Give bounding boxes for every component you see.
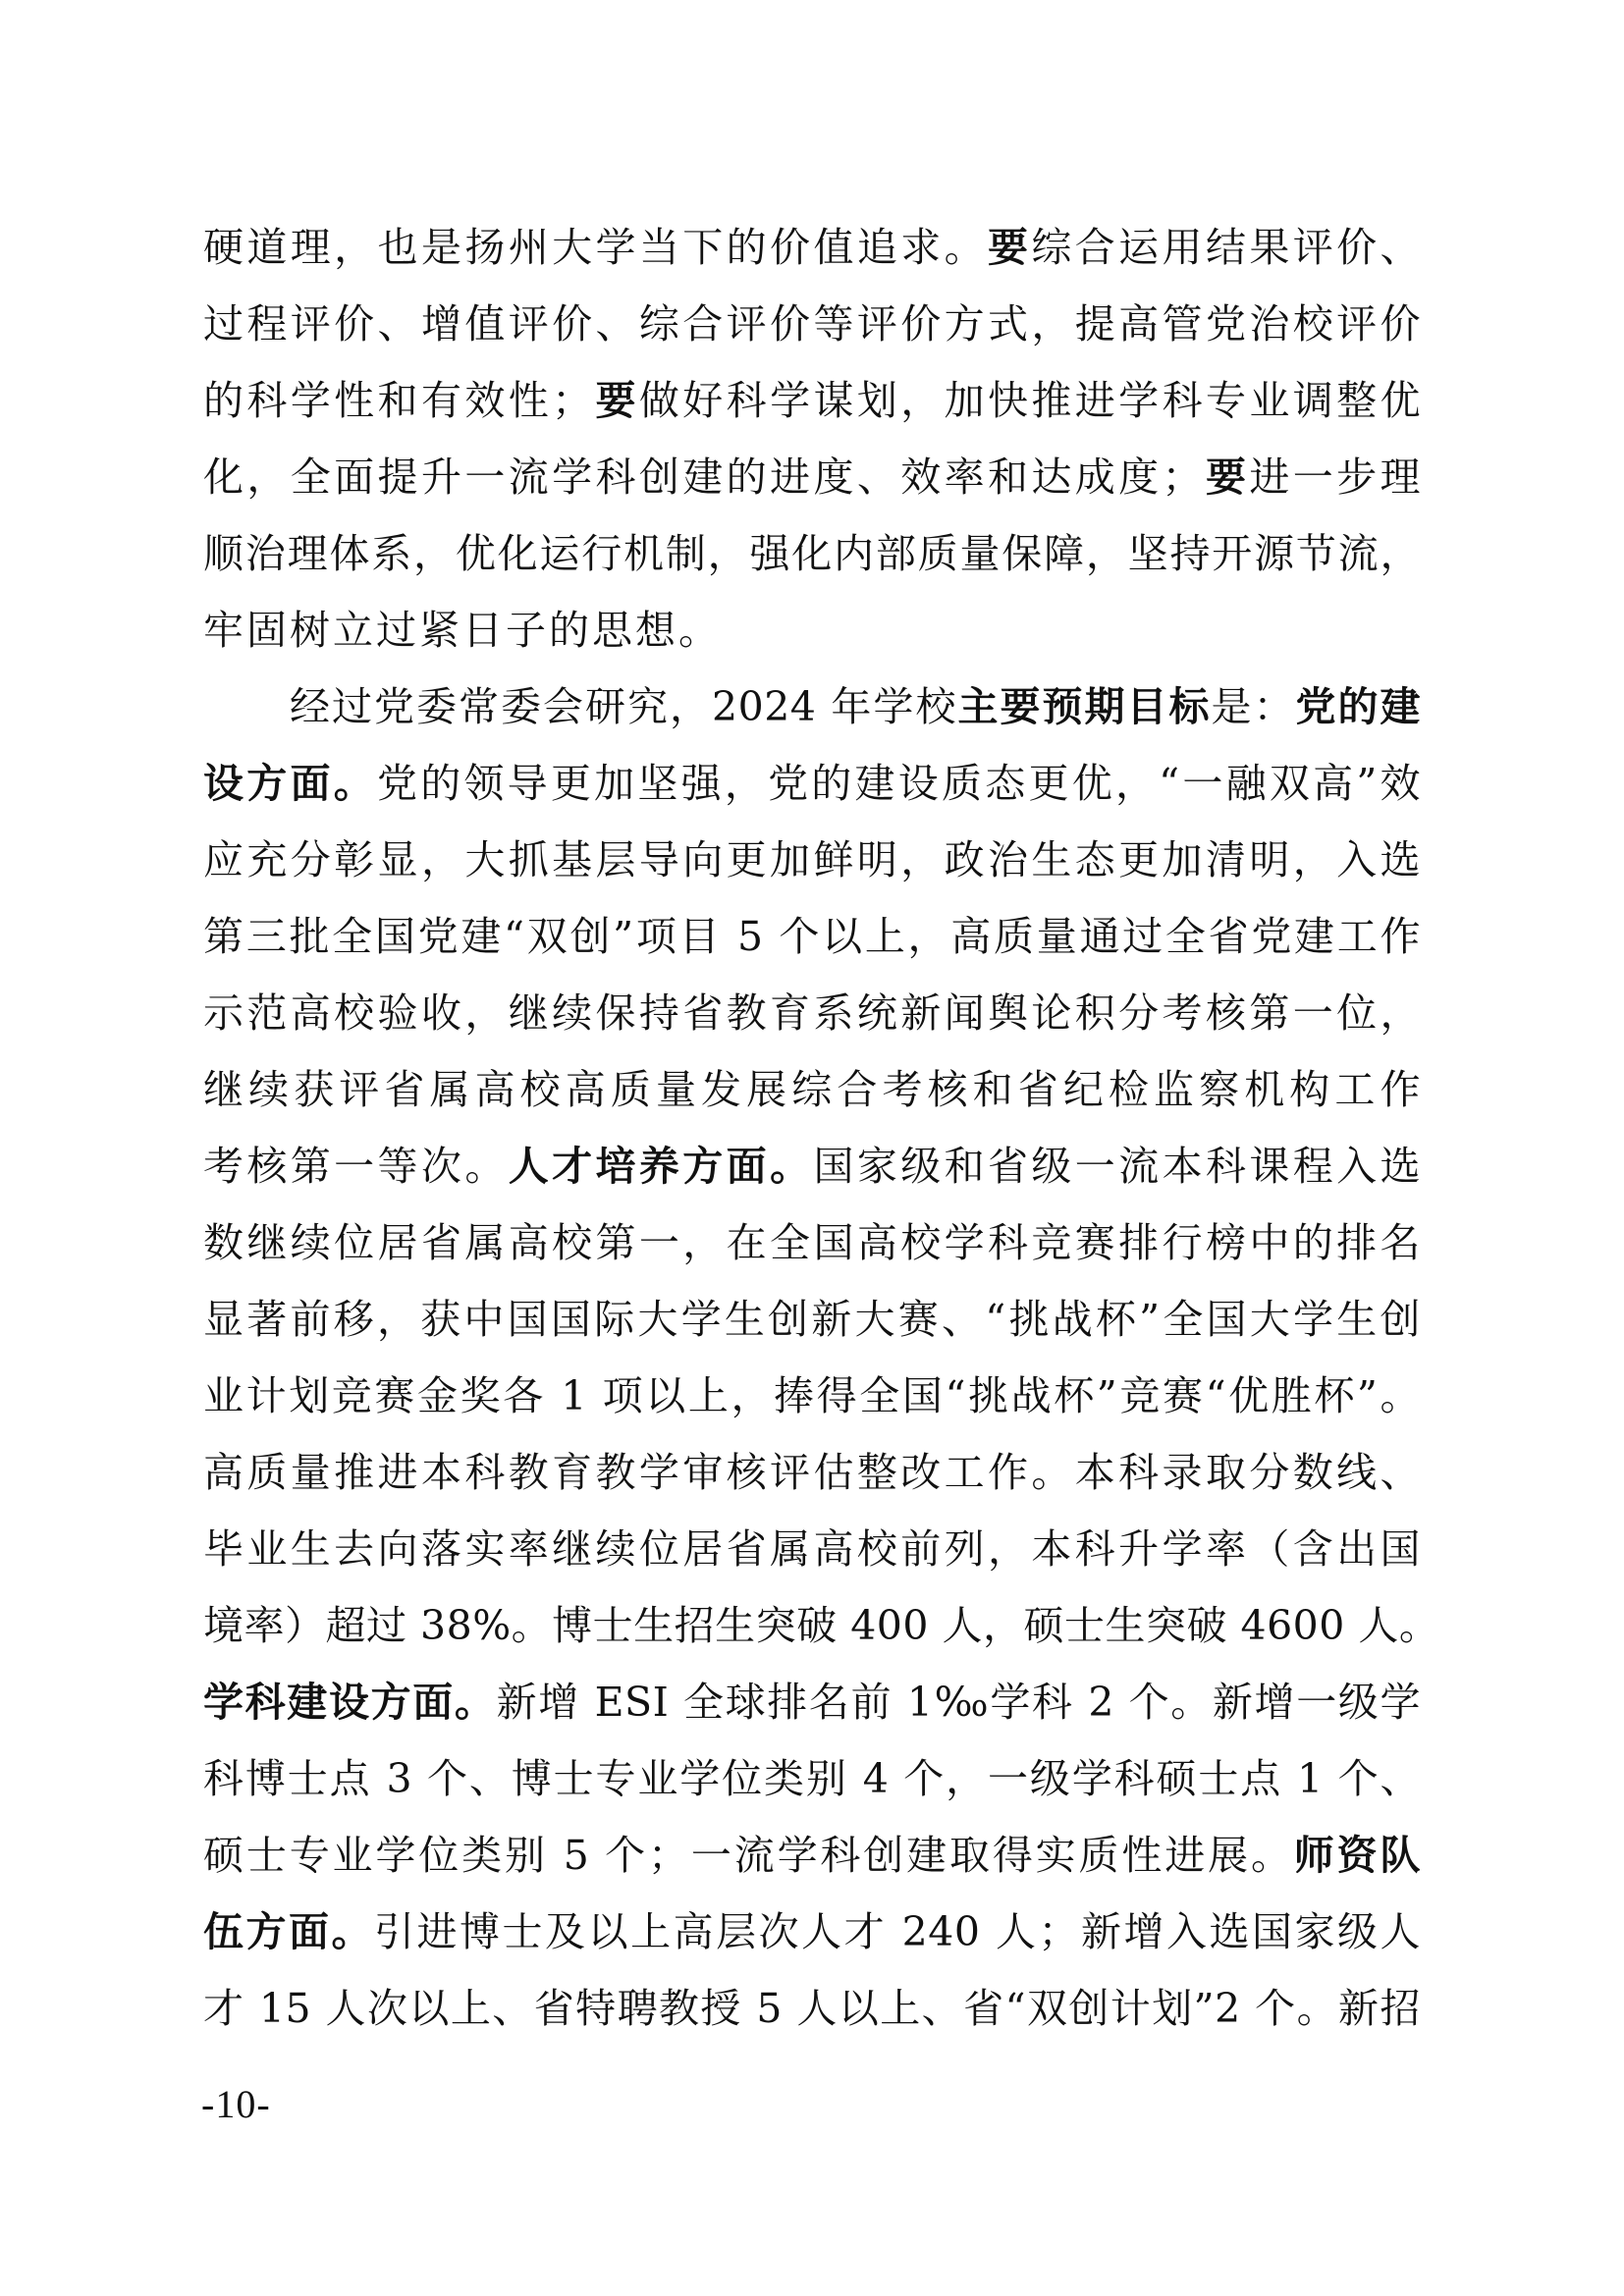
text-line: 顺治理体系，优化运行机制，强化内部质量保障，坚持开源节流， xyxy=(203,524,1421,601)
body-text-segment: 新增 ESI 全球排名前 1‰学科 2 个。新增一级学 xyxy=(497,1679,1421,1726)
body-text-segment: 引进博士及以上高层次人才 240 人；新增入选国家级人 xyxy=(374,1908,1421,1955)
body-text-segment: 业计划竞赛金奖各 1 项以上，捧得全国“挑战杯”竞赛“优胜杯”。 xyxy=(203,1372,1421,1419)
text-line: 毕业生去向落实率继续位居省属高校前列，本科升学率（含出国 xyxy=(203,1520,1421,1596)
bold-heading-text: 要 xyxy=(988,224,1031,271)
bold-heading-text: 要 xyxy=(593,377,639,424)
body-text-segment: 的科学性和有效性； xyxy=(203,377,593,424)
body-text-segment: 牢固树立过紧日子的思想。 xyxy=(203,607,722,654)
text-line: 考核第一等次。人才培养方面。国家级和省级一流本科课程入选 xyxy=(203,1137,1421,1213)
body-text-segment: 国家级和省级一流本科课程入选 xyxy=(813,1143,1421,1190)
text-line: 经过党委常委会研究，2024 年学校主要预期目标是：党的建 xyxy=(203,677,1421,754)
body-text-segment: 显著前移，获中国国际大学生创新大赛、“挑战杯”全国大学生创 xyxy=(203,1296,1421,1343)
text-line: 高质量推进本科教育教学审核评估整改工作。本科录取分数线、 xyxy=(203,1443,1421,1520)
body-text-segment: 经过党委常委会研究，2024 年学校 xyxy=(290,683,957,730)
body-text-segment: 科博士点 3 个、博士专业学位类别 4 个，一级学科硕士点 1 个、 xyxy=(203,1755,1421,1802)
body-text-segment: 是： xyxy=(1211,683,1295,730)
text-line: 继续获评省属高校高质量发展综合考核和省纪检监察机构工作 xyxy=(203,1060,1421,1137)
body-text-segment: 顺治理体系，优化运行机制，强化内部质量保障，坚持开源节流， xyxy=(203,530,1421,577)
body-text-segment: 考核第一等次。 xyxy=(203,1143,509,1190)
text-line: 过程评价、增值评价、综合评价等评价方式，提高管党治校评价 xyxy=(203,294,1421,371)
body-text-segment: 综合运用结果评价、 xyxy=(1031,224,1421,271)
text-line: 显著前移，获中国国际大学生创新大赛、“挑战杯”全国大学生创 xyxy=(203,1290,1421,1366)
text-line: 牢固树立过紧日子的思想。 xyxy=(203,601,1421,677)
body-text-segment: 高质量推进本科教育教学审核评估整改工作。本科录取分数线、 xyxy=(203,1449,1421,1496)
text-line: 科博士点 3 个、博士专业学位类别 4 个，一级学科硕士点 1 个、 xyxy=(203,1749,1421,1826)
text-line: 硕士专业学位类别 5 个；一流学科创建取得实质性进展。师资队 xyxy=(203,1826,1421,1902)
text-line: 学科建设方面。新增 ESI 全球排名前 1‰学科 2 个。新增一级学 xyxy=(203,1673,1421,1749)
bold-heading-text: 学科建设方面。 xyxy=(203,1679,497,1726)
document-body: 硬道理，也是扬州大学当下的价值追求。要综合运用结果评价、过程评价、增值评价、综合… xyxy=(203,218,1421,2056)
text-line: 伍方面。引进博士及以上高层次人才 240 人；新增入选国家级人 xyxy=(203,1902,1421,1979)
body-text-segment: 毕业生去向落实率继续位居省属高校前列，本科升学率（含出国 xyxy=(203,1525,1421,1573)
bold-heading-text: 要 xyxy=(1203,454,1249,501)
page-number: -10- xyxy=(201,2081,271,2127)
text-line: 示范高校验收，继续保持省教育系统新闻舆论积分考核第一位， xyxy=(203,984,1421,1060)
body-text-segment: 继续获评省属高校高质量发展综合考核和省纪检监察机构工作 xyxy=(203,1066,1421,1113)
body-text-segment: 境率）超过 38%。博士生招生突破 400 人，硕士生突破 4600 人。 xyxy=(203,1602,1439,1649)
text-line: 硬道理，也是扬州大学当下的价值追求。要综合运用结果评价、 xyxy=(203,218,1421,294)
text-line: 业计划竞赛金奖各 1 项以上，捧得全国“挑战杯”竞赛“优胜杯”。 xyxy=(203,1366,1421,1443)
body-text-segment: 硕士专业学位类别 5 个；一流学科创建取得实质性进展。 xyxy=(203,1832,1294,1879)
text-line: 境率）超过 38%。博士生招生突破 400 人，硕士生突破 4600 人。 xyxy=(203,1596,1421,1673)
text-line: 化，全面提升一流学科创建的进度、效率和达成度；要进一步理 xyxy=(203,448,1421,524)
text-line: 的科学性和有效性；要做好科学谋划，加快推进学科专业调整优 xyxy=(203,371,1421,448)
body-text-segment: 党的领导更加坚强，党的建设质态更优，“一融双高”效 xyxy=(377,760,1421,807)
text-line: 数继续位居省属高校第一，在全国高校学科竞赛排行榜中的排名 xyxy=(203,1213,1421,1290)
text-line: 设方面。党的领导更加坚强，党的建设质态更优，“一融双高”效 xyxy=(203,754,1421,830)
body-text-segment: 第三批全国党建“双创”项目 5 个以上，高质量通过全省党建工作 xyxy=(203,913,1421,960)
bold-heading-text: 人才培养方面。 xyxy=(509,1143,814,1190)
text-line: 第三批全国党建“双创”项目 5 个以上，高质量通过全省党建工作 xyxy=(203,907,1421,984)
bold-heading-text: 师资队 xyxy=(1294,1832,1421,1879)
body-text-segment: 示范高校验收，继续保持省教育系统新闻舆论积分考核第一位， xyxy=(203,989,1421,1037)
bold-heading-text: 主要预期目标 xyxy=(957,683,1211,730)
body-text-segment: 硬道理，也是扬州大学当下的价值追求。 xyxy=(203,224,988,271)
body-text-segment: 应充分彰显，大抓基层导向更加鲜明，政治生态更加清明，入选 xyxy=(203,836,1421,883)
bold-heading-text: 设方面。 xyxy=(203,760,377,807)
body-text-segment: 做好科学谋划，加快推进学科专业调整优 xyxy=(639,377,1421,424)
document-page: 硬道理，也是扬州大学当下的价值追求。要综合运用结果评价、过程评价、增值评价、综合… xyxy=(0,0,1624,2296)
body-text-segment: 进一步理 xyxy=(1249,454,1421,501)
text-line: 应充分彰显，大抓基层导向更加鲜明，政治生态更加清明，入选 xyxy=(203,830,1421,907)
body-text-segment: 化，全面提升一流学科创建的进度、效率和达成度； xyxy=(203,454,1203,501)
body-text-segment: 数继续位居省属高校第一，在全国高校学科竞赛排行榜中的排名 xyxy=(203,1219,1421,1266)
text-line: 才 15 人次以上、省特聘教授 5 人以上、省“双创计划”2 个。新招 xyxy=(203,1979,1421,2056)
bold-heading-text: 伍方面。 xyxy=(203,1908,374,1955)
body-text-segment: 过程评价、增值评价、综合评价等评价方式，提高管党治校评价 xyxy=(203,300,1421,347)
body-text-segment: 才 15 人次以上、省特聘教授 5 人以上、省“双创计划”2 个。新招 xyxy=(203,1985,1421,2032)
bold-heading-text: 党的建 xyxy=(1296,683,1422,730)
